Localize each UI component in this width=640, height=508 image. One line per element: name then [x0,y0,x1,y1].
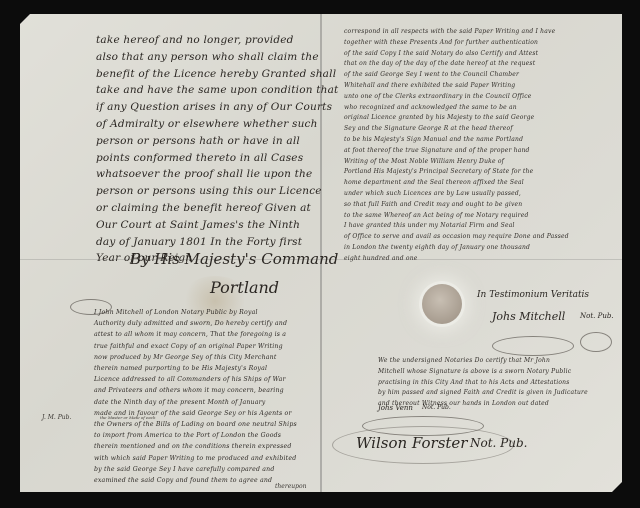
text-line: attest to all whom it may concern, That … [94,329,297,340]
text-line: day of January 1801 In the Forty first [96,234,338,251]
right-page: correspond in all respects with the said… [322,14,622,492]
text-line: I John Mitchell of London Notary Public … [94,307,297,318]
text-line: under which such Licences are by Law usu… [344,189,569,200]
text-line: now produced by Mr George Sey of this Ci… [94,352,297,363]
signature-paraph [580,332,612,352]
margin-note: J. M. Pub. [42,414,71,421]
text-line: therein mentioned and on the conditions … [94,441,297,452]
text-line: whatsoever the proof shall lie upon the [96,166,338,183]
text-line: to the same Whereof an Act being of me N… [344,211,569,222]
text-line: Mitchell whose Signature is above is a s… [378,367,588,378]
text-line: of the said Copy I the said Notary do al… [344,49,569,60]
second-signature: Johs Venn [378,404,413,412]
text-line: or claiming the benefit hereof Given at [96,200,338,217]
text-line: points conformed thereto in all Cases [96,150,338,167]
text-line: together with these Presents And for fur… [344,38,569,49]
document-sheet: take hereof and no longer, provided also… [20,14,622,492]
text-line: Our Court at Saint James's the Ninth [96,217,338,234]
signature-flourish [492,336,574,356]
portland-signature: Portland [210,278,279,297]
text-line: therein named purporting to be His Majes… [94,363,297,374]
text-line: eight hundred and one [344,254,569,265]
text-line: that on the day of the day of the date h… [344,59,569,70]
text-line: practising in this City And that to his … [378,378,588,389]
text-line: date the Ninth day of the present Month … [94,397,297,408]
text-line: Authority duly admitted and sworn, Do he… [94,318,297,329]
text-line: home department and the Seal thereon aff… [344,178,569,189]
catchword: thereupon [275,483,306,490]
text-line: original Licence granted by his Majesty … [344,113,569,124]
text-line: to be his Majesty's Sign Manual and the … [344,135,569,146]
text-line: also that any person who shall claim the [96,49,338,66]
testimony-line: In Testimonium Veritatis [477,290,589,300]
licence-text: take hereof and no longer, provided also… [96,32,338,267]
text-line: unto one of the Clerks extraordinary in … [344,92,569,103]
text-line: with which said Paper Writing to me prod… [94,453,297,464]
text-line: benefit of the Licence hereby Granted sh… [96,66,338,83]
certification-text: We the undersigned Notaries Do certify t… [378,356,588,410]
text-line: who recognized and acknowledged the same… [344,103,569,114]
text-line: if any Question arises in any of Our Cou… [96,99,338,116]
second-signature-title: Not. Pub. [422,404,451,411]
text-line: Portland His Majesty's Principal Secreta… [344,167,569,178]
text-line: of Office to serve and avail as occasion… [344,232,569,243]
text-line: so that full Faith and Credit may and ou… [344,200,569,211]
left-page: take hereof and no longer, provided also… [20,14,320,492]
text-line: and Privateers and others whom it may co… [94,385,297,396]
text-line: We the undersigned Notaries Do certify t… [378,356,588,367]
text-line: at foot thereof the true Signature and o… [344,146,569,157]
text-line: examined the said Copy and found them to… [94,475,297,486]
text-line: by the said George Sey I have carefully … [94,464,297,475]
text-line: person or persons hath or have in all [96,133,338,150]
text-line: correspond in all respects with the said… [344,27,569,38]
text-line: Writing of the Most Noble William Henry … [344,157,569,168]
text-line: of the said George Sey I went to the Cou… [344,70,569,81]
text-line: the Owners of the Bills of Lading on boa… [94,419,297,430]
text-line: by him passed and signed Faith and Credi… [378,388,588,399]
third-signature-flourish [332,426,514,464]
notary-text-right: correspond in all respects with the said… [344,27,569,265]
text-line: Sey and the Signature George R at the he… [344,124,569,135]
text-line: true faithful and exact Copy of an origi… [94,341,297,352]
text-line: take and have the same upon condition th… [96,82,338,99]
notary-signature: Johs Mitchell [492,310,565,323]
text-line: Licence addressed to all Commanders of h… [94,374,297,385]
notary-title: Not. Pub. [580,312,614,320]
text-line: take hereof and no longer, provided [96,32,338,49]
text-line: in London the twenty eighth day of Janua… [344,243,569,254]
interline-note: the Master or Mate of each [100,415,156,420]
text-line: Whitehall and there exhibited the said P… [344,81,569,92]
command-line: By His Majesty's Command [130,250,338,268]
notary-text-left: I John Mitchell of London Notary Public … [94,307,297,486]
text-line: of Admiralty or elsewhere whether such [96,116,338,133]
text-line: I have granted this under my Notarial Fi… [344,221,569,232]
text-line: to import from America to the Port of Lo… [94,430,297,441]
text-line: person or persons using this our Licence [96,183,338,200]
wax-seal [422,284,462,324]
